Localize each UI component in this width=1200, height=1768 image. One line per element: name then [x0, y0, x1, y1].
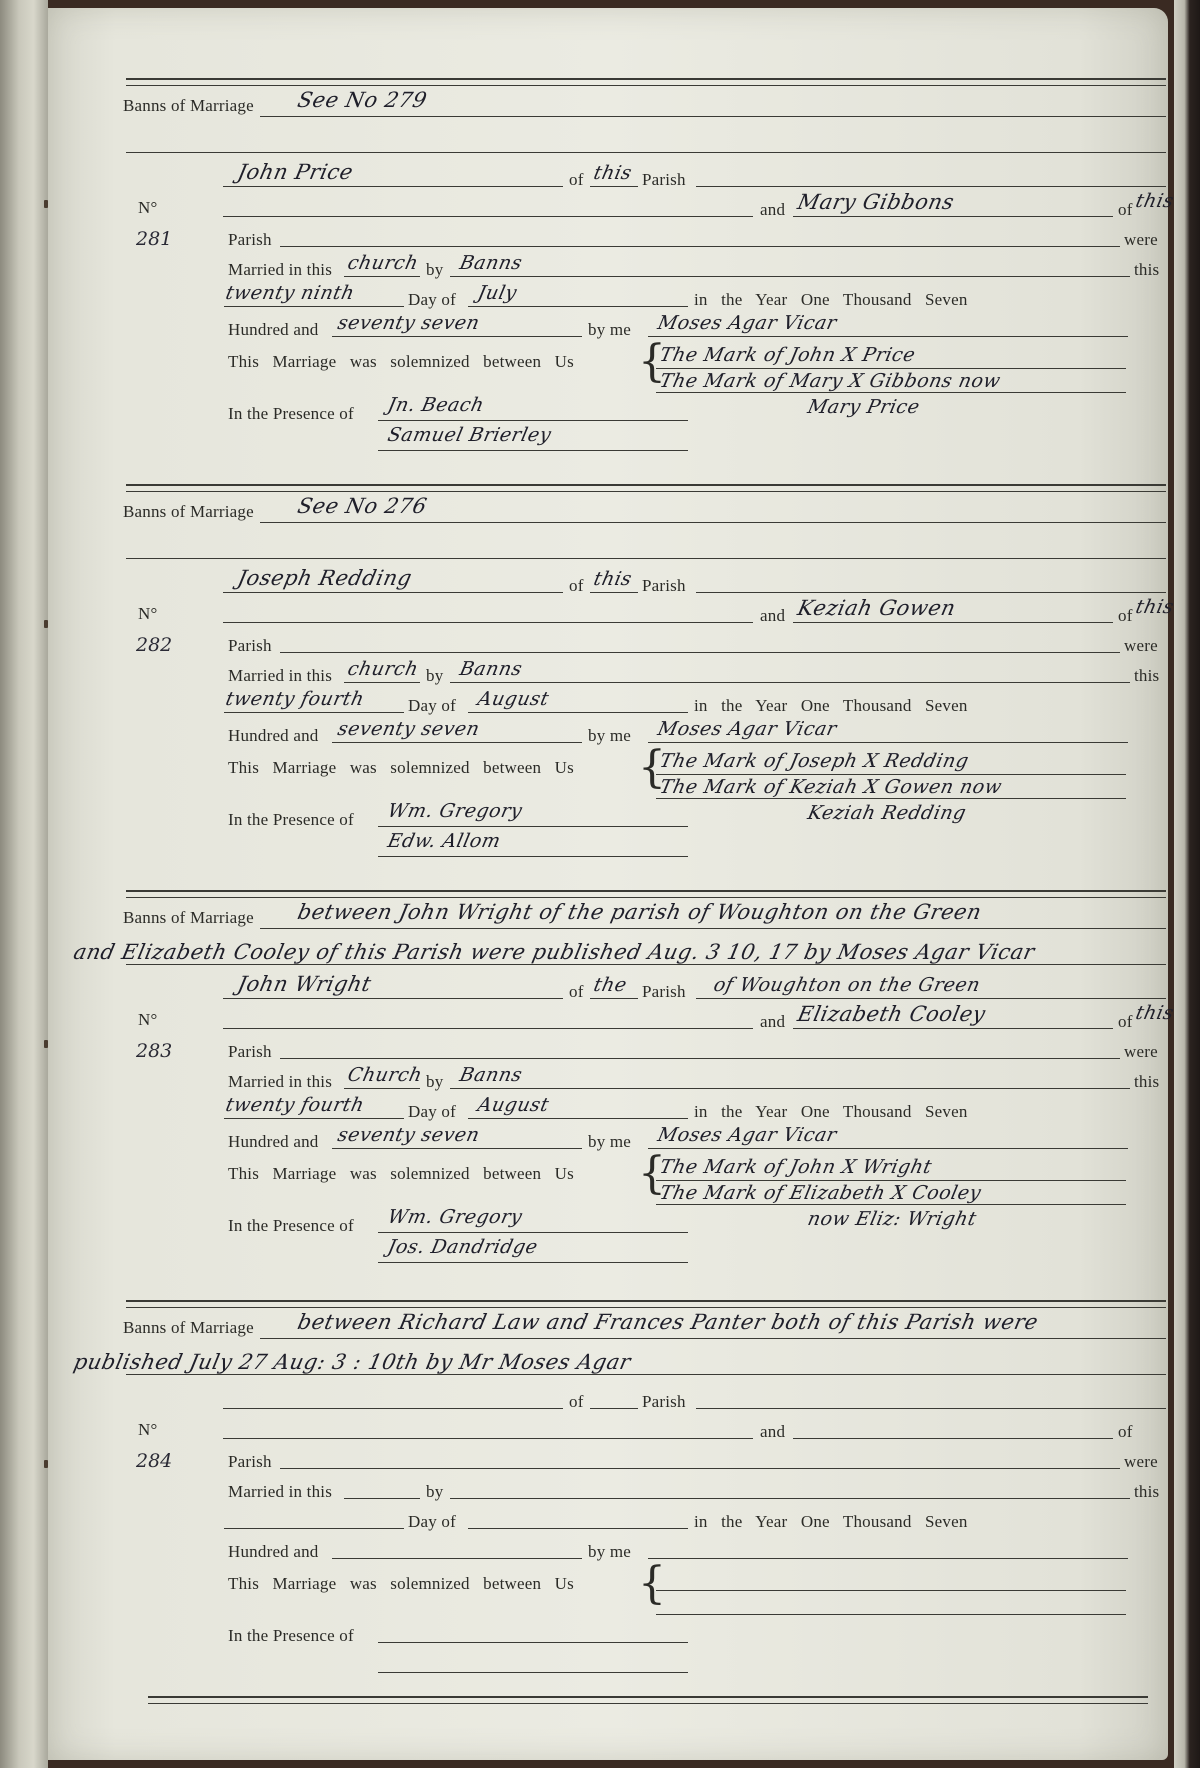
month-line: [468, 306, 688, 307]
groom-of-line: [590, 186, 638, 187]
marriage-place: church: [346, 658, 421, 680]
parish-label: Parish: [642, 982, 686, 1002]
day-of-label: Day of: [408, 290, 456, 310]
mark-line-2: [656, 1204, 1126, 1205]
party-mark-2: The Mark of Mary X Gibbons now: [658, 370, 1003, 392]
marriage-day: twenty fourth: [224, 688, 367, 710]
parish-label: Parish: [642, 1392, 686, 1412]
of-label: of: [569, 1392, 584, 1412]
month-line: [468, 1528, 688, 1529]
day-of-label: Day of: [408, 1512, 456, 1532]
this-label: this: [1134, 1072, 1159, 1092]
groom-of: this: [592, 162, 634, 184]
this-label: this: [1134, 260, 1159, 280]
hundred-label: Hundred and: [228, 320, 318, 340]
book-edge: [1174, 0, 1200, 1768]
by-label: by: [426, 666, 443, 686]
entry-number: 284: [136, 1450, 172, 1472]
groom-of-line: [590, 998, 638, 999]
hundred-label: Hundred and: [228, 726, 318, 746]
parish-label: Parish: [228, 1452, 272, 1472]
year-label: in the Year One Thousand Seven: [694, 290, 968, 310]
married-name-note: Mary Price: [806, 396, 922, 418]
number-label: N°: [138, 604, 157, 624]
month-line: [468, 712, 688, 713]
banns-line: [260, 1338, 1166, 1339]
witness-2: Jos. Dandridge: [386, 1236, 540, 1258]
were-label: were: [1124, 230, 1158, 250]
mark-line-2: [656, 1614, 1126, 1615]
officiant-signature: Moses Agar Vicar: [656, 1124, 839, 1146]
officiant-line: [648, 742, 1128, 743]
party-mark-1: The Mark of John X Price: [658, 344, 918, 366]
entry-top-rule: [126, 78, 1166, 86]
mark-line-1: [656, 1590, 1126, 1591]
witness-line-1: [378, 420, 688, 421]
parish-line: [280, 1468, 1120, 1469]
officiant-line: [648, 336, 1128, 337]
marriage-month: July: [476, 282, 519, 304]
day-of-label: Day of: [408, 696, 456, 716]
banns-line: [260, 116, 1166, 117]
mark-line-1: [656, 368, 1126, 369]
officiant-signature: Moses Agar Vicar: [656, 718, 839, 740]
were-label: were: [1124, 1452, 1158, 1472]
day-of-label: Day of: [408, 1102, 456, 1122]
of-label: of: [1118, 1012, 1133, 1032]
groom-line: [223, 1408, 563, 1409]
groom-parish: of Woughton on the Green: [712, 974, 983, 996]
presence-label: In the Presence of: [228, 1626, 354, 1646]
witness-1: Wm. Gregory: [386, 1206, 525, 1228]
bride-name: Elizabeth Cooley: [795, 1002, 987, 1026]
witness-line-1: [378, 1232, 688, 1233]
officiant-line: [648, 1148, 1128, 1149]
groom-of: this: [592, 568, 634, 590]
presence-label: In the Presence of: [228, 810, 354, 830]
year-label: in the Year One Thousand Seven: [694, 1102, 968, 1122]
register-page: Banns of Marriage See No 279 John Price …: [48, 8, 1168, 1760]
bride-line: [793, 1438, 1113, 1439]
party-mark-2: The Mark of Elizabeth X Cooley: [658, 1182, 984, 1204]
and-label: and: [760, 1012, 785, 1032]
by-me-label: by me: [588, 320, 631, 340]
parish-label: Parish: [228, 230, 272, 250]
mark-line-2: [656, 798, 1126, 799]
mark-line-1: [656, 774, 1126, 775]
banns-label: Banns of Marriage: [123, 908, 254, 928]
bride-line: [793, 622, 1113, 623]
mark-line-2: [656, 392, 1126, 393]
banns-text-continued: published July 27 Aug: 3 : 10th by Mr Mo…: [71, 1350, 633, 1374]
married-in-label: Married in this: [228, 666, 332, 686]
of-label: of: [569, 982, 584, 1002]
year-line: [332, 1558, 582, 1559]
groom-line: [223, 998, 563, 999]
marriage-year-words: seventy seven: [336, 1124, 482, 1146]
presence-label: In the Presence of: [228, 404, 354, 424]
parish-label: Parish: [228, 636, 272, 656]
entry-number: 281: [136, 228, 172, 250]
entry-top-rule: [126, 1300, 1166, 1308]
party-mark-1: The Mark of John X Wright: [658, 1156, 934, 1178]
witness-2: Samuel Brierley: [386, 424, 554, 446]
were-label: were: [1124, 1042, 1158, 1062]
place-line: [344, 1498, 420, 1499]
month-line: [468, 1118, 688, 1119]
groom-parish-line: [696, 186, 1166, 187]
number-label: N°: [138, 198, 157, 218]
day-line: [224, 712, 404, 713]
party-mark-1: The Mark of Joseph X Redding: [658, 750, 971, 772]
presence-label: In the Presence of: [228, 1216, 354, 1236]
banns-line-2: [126, 964, 1166, 965]
parish-line: [280, 246, 1120, 247]
marriage-day: twenty ninth: [224, 282, 357, 304]
bride-of: this: [1134, 1002, 1176, 1024]
year-label: in the Year One Thousand Seven: [694, 696, 968, 716]
marriage-month: August: [476, 688, 551, 710]
number-label: N°: [138, 1010, 157, 1030]
by-line: [450, 682, 1130, 683]
parish-label: Parish: [642, 170, 686, 190]
banns-text: between Richard Law and Frances Panter b…: [295, 1310, 1040, 1334]
year-line: [332, 742, 582, 743]
number-label: N°: [138, 1420, 157, 1440]
day-line: [224, 1118, 404, 1119]
marriage-day: twenty fourth: [224, 1094, 367, 1116]
of-label: of: [1118, 1422, 1133, 1442]
banns-line: [260, 928, 1166, 929]
married-name-note: now Eliz: Wright: [806, 1208, 979, 1230]
by-line: [450, 276, 1130, 277]
marriage-year-words: seventy seven: [336, 718, 482, 740]
groom-line: [223, 186, 563, 187]
this-label: this: [1134, 1482, 1159, 1502]
day-line: [224, 1528, 404, 1529]
banns-line: [260, 522, 1166, 523]
banns-line-2: [126, 1374, 1166, 1375]
banns-line-2: [126, 558, 1166, 559]
this-label: this: [1134, 666, 1159, 686]
banns-text: See No 279: [295, 88, 429, 112]
married-in-label: Married in this: [228, 1072, 332, 1092]
marriage-place: church: [346, 252, 421, 274]
witness-line-2: [378, 1672, 688, 1673]
witness-1: Jn. Beach: [386, 394, 487, 416]
marriage-month: August: [476, 1094, 551, 1116]
banns-label: Banns of Marriage: [123, 1318, 254, 1338]
groom-of-line: [590, 592, 638, 593]
married-in-label: Married in this: [228, 1482, 332, 1502]
banns-label: Banns of Marriage: [123, 502, 254, 522]
marriage-by: Banns: [458, 1064, 525, 1086]
witness-line-1: [378, 1642, 688, 1643]
solemnized-label: This Marriage was solemnized between Us: [228, 1164, 574, 1184]
solemnized-label: This Marriage was solemnized between Us: [228, 758, 574, 778]
party-mark-2: The Mark of Keziah X Gowen now: [658, 776, 1004, 798]
by-label: by: [426, 1482, 443, 1502]
marriage-by: Banns: [458, 252, 525, 274]
page-end-rule: [148, 1696, 1148, 1704]
place-line: [344, 1088, 420, 1089]
groom-line: [223, 592, 563, 593]
by-label: by: [426, 1072, 443, 1092]
parish-label: Parish: [642, 576, 686, 596]
officiant-line: [648, 1558, 1128, 1559]
banns-label: Banns of Marriage: [123, 96, 254, 116]
of-label: of: [1118, 200, 1133, 220]
were-label: were: [1124, 636, 1158, 656]
bride-prefix-line: [223, 1028, 753, 1029]
officiant-signature: Moses Agar Vicar: [656, 312, 839, 334]
groom-parish-line: [696, 998, 1166, 999]
entry-number: 282: [136, 634, 172, 656]
banns-text-continued: and Elizabeth Cooley of this Parish were…: [71, 940, 1037, 964]
entry-number: 283: [136, 1040, 172, 1062]
witness-line-1: [378, 826, 688, 827]
banns-text: between John Wright of the parish of Wou…: [295, 900, 983, 924]
marriage-place: Church: [346, 1064, 425, 1086]
by-label: by: [426, 260, 443, 280]
groom-parish-line: [696, 592, 1166, 593]
bride-prefix-line: [223, 1438, 753, 1439]
witness-line-2: [378, 1262, 688, 1263]
of-label: of: [569, 576, 584, 596]
marriage-by: Banns: [458, 658, 525, 680]
marriage-year-words: seventy seven: [336, 312, 482, 334]
adjacent-page-edge: [0, 0, 48, 1768]
groom-name: Joseph Redding: [235, 566, 414, 590]
bride-of: this: [1134, 190, 1176, 212]
of-label: of: [569, 170, 584, 190]
by-line: [450, 1498, 1130, 1499]
by-me-label: by me: [588, 726, 631, 746]
bride-line: [793, 216, 1113, 217]
witness-line-2: [378, 856, 688, 857]
brace: {: [638, 1562, 666, 1606]
mark-line-1: [656, 1180, 1126, 1181]
entry-top-rule: [126, 890, 1166, 898]
of-label: of: [1118, 606, 1133, 626]
year-line: [332, 336, 582, 337]
place-line: [344, 682, 420, 683]
and-label: and: [760, 200, 785, 220]
entry-top-rule: [126, 484, 1166, 492]
banns-line-2: [126, 152, 1166, 153]
and-label: and: [760, 1422, 785, 1442]
parish-label: Parish: [228, 1042, 272, 1062]
witness-2: Edw. Allom: [386, 830, 503, 852]
groom-of-line: [590, 1408, 638, 1409]
by-line: [450, 1088, 1130, 1089]
married-name-note: Keziah Redding: [806, 802, 969, 824]
bride-of: this: [1134, 596, 1176, 618]
day-line: [224, 306, 404, 307]
and-label: and: [760, 606, 785, 626]
parish-line: [280, 1058, 1120, 1059]
hundred-label: Hundred and: [228, 1132, 318, 1152]
by-me-label: by me: [588, 1542, 631, 1562]
bride-name: Keziah Gowen: [795, 596, 958, 620]
parish-line: [280, 652, 1120, 653]
witness-1: Wm. Gregory: [386, 800, 525, 822]
bride-line: [793, 1028, 1113, 1029]
bride-prefix-line: [223, 622, 753, 623]
groom-of: the: [592, 974, 629, 996]
groom-parish-line: [696, 1408, 1166, 1409]
solemnized-label: This Marriage was solemnized between Us: [228, 352, 574, 372]
hundred-label: Hundred and: [228, 1542, 318, 1562]
married-in-label: Married in this: [228, 260, 332, 280]
year-line: [332, 1148, 582, 1149]
groom-name: John Price: [235, 160, 355, 184]
place-line: [344, 276, 420, 277]
solemnized-label: This Marriage was solemnized between Us: [228, 1574, 574, 1594]
by-me-label: by me: [588, 1132, 631, 1152]
year-label: in the Year One Thousand Seven: [694, 1512, 968, 1532]
bride-name: Mary Gibbons: [795, 190, 956, 214]
banns-text: See No 276: [295, 494, 429, 518]
bride-prefix-line: [223, 216, 753, 217]
groom-name: John Wright: [235, 972, 373, 996]
witness-line-2: [378, 450, 688, 451]
